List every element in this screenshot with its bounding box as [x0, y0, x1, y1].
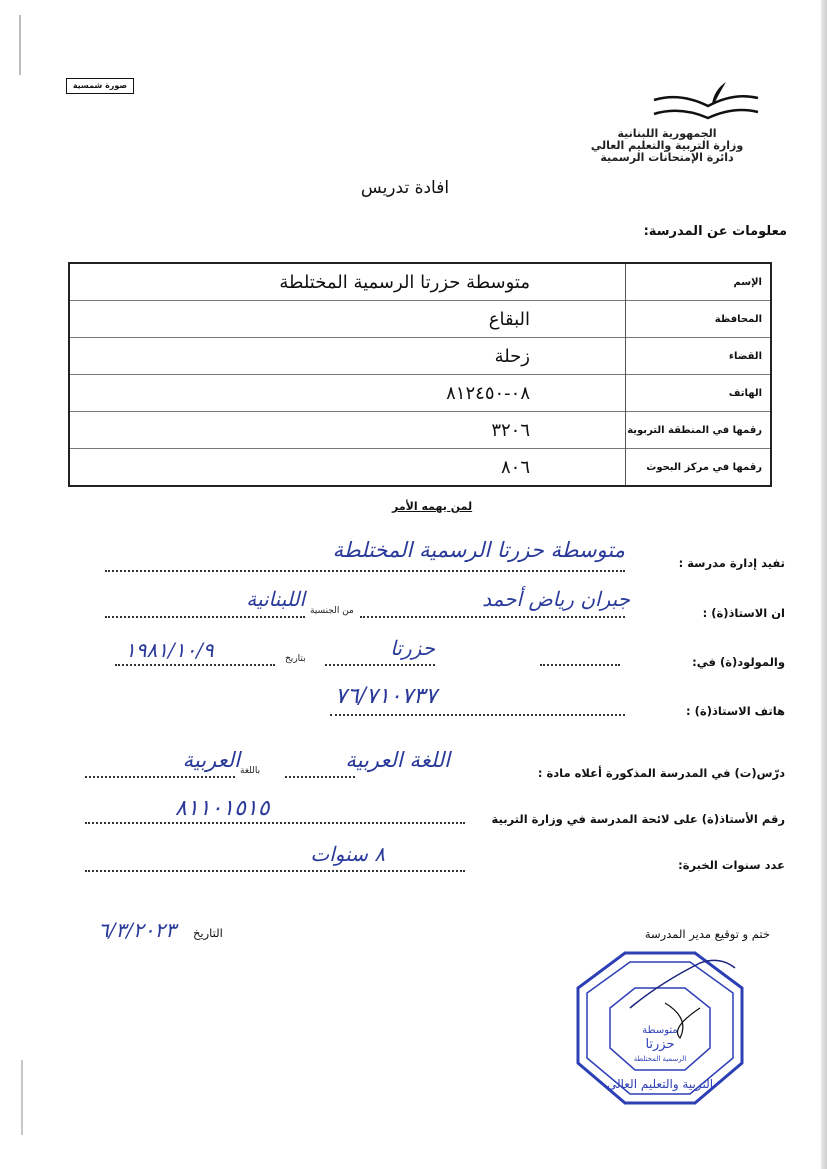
- experience-value: ٨ سنوات: [265, 842, 385, 866]
- table-row: الإسم متوسطة حزرتا الرسمية المختلطة: [69, 263, 771, 301]
- organization-header: الجمهورية اللبنانية وزارة التربية والتعل…: [577, 128, 757, 164]
- document-title: افادة تدريس: [340, 178, 470, 198]
- dotted-line: [540, 664, 620, 666]
- birth-date-label: بتاريخ: [285, 654, 306, 664]
- birth-place-value: حزرتا: [340, 636, 435, 660]
- row-value: زحلة: [69, 338, 626, 375]
- language-value: العربية: [140, 748, 240, 772]
- birth-date-value: ١٩٨١/١٠/٩: [125, 638, 214, 662]
- dotted-line: [85, 776, 235, 778]
- date-label: التاريخ: [193, 926, 223, 940]
- teacher-label: ان الاستاذ(ة) :: [703, 606, 785, 620]
- svg-text:التربية والتعليم العالي: التربية والتعليم العالي: [607, 1077, 713, 1092]
- teacher-name-value: جبران رياض أحمد: [440, 587, 630, 611]
- school-stamp-icon: متوسطة حزرتا الرسمية المختلطة التربية وا…: [570, 948, 750, 1108]
- language-label: باللغة: [240, 766, 260, 776]
- open-book-pen-logo-icon: [650, 78, 760, 126]
- teacher-number-value: ٨١١٠١٥١٥: [175, 796, 270, 821]
- scan-edge: [21, 1060, 23, 1135]
- photo-placeholder: صورة شمسية: [66, 78, 134, 94]
- row-label: المحافظة: [626, 301, 772, 338]
- scan-edge: [821, 0, 827, 1169]
- school-info-table: الإسم متوسطة حزرتا الرسمية المختلطة المح…: [68, 262, 772, 487]
- born-label: والمولود(ة) في:: [692, 655, 785, 669]
- dotted-line: [285, 776, 355, 778]
- school-admin-label: تفيد إدارة مدرسة :: [679, 556, 785, 570]
- svg-text:حزرتا: حزرتا: [645, 1037, 674, 1052]
- row-value: ٨٠٦: [69, 449, 626, 487]
- date-value: ٦/٣/٢٠٢٣: [98, 918, 176, 942]
- table-row: رقمها في المنطقة التربوية ٣٢٠٦: [69, 412, 771, 449]
- dotted-line: [115, 664, 275, 666]
- to-whom-heading: لمن يهمه الأمر: [392, 500, 472, 513]
- dotted-line: [85, 822, 465, 824]
- dotted-line: [325, 664, 435, 666]
- svg-text:متوسطة: متوسطة: [642, 1025, 677, 1036]
- row-label: القضاء: [626, 338, 772, 375]
- dotted-line: [360, 616, 625, 618]
- nationality-value: اللبنانية: [185, 587, 305, 611]
- row-label: رقمها في مركز البحوث: [626, 449, 772, 487]
- dotted-line: [105, 570, 625, 572]
- section-heading: معلومات عن المدرسة:: [644, 224, 787, 239]
- signature-label: ختم و توقيع مدير المدرسة: [645, 927, 770, 941]
- dotted-line: [105, 616, 305, 618]
- nationality-label: من الجنسية: [310, 606, 354, 616]
- experience-label: عدد سنوات الخبرة:: [678, 858, 785, 872]
- school-admin-value: متوسطة حزرتا الرسمية المختلطة: [265, 538, 625, 562]
- table-row: رقمها في مركز البحوث ٨٠٦: [69, 449, 771, 487]
- org-line: دائرة الإمتحانات الرسمية: [577, 152, 757, 164]
- row-value: ٣٢٠٦: [69, 412, 626, 449]
- teacher-number-label: رقم الأستاذ(ة) على لائحة المدرسة في وزار…: [492, 812, 785, 826]
- row-value: ٠٨-٨١٢٤٥٠: [69, 375, 626, 412]
- dotted-line: [85, 870, 465, 872]
- teacher-phone-label: هاتف الاستاذ(ة) :: [686, 704, 785, 718]
- row-value: متوسطة حزرتا الرسمية المختلطة: [69, 263, 626, 301]
- row-label: الإسم: [626, 263, 772, 301]
- dotted-line: [330, 714, 625, 716]
- table-row: القضاء زحلة: [69, 338, 771, 375]
- scan-edge: [19, 15, 21, 75]
- subject-value: اللغة العربية: [300, 748, 450, 772]
- row-label: الهاتف: [626, 375, 772, 412]
- teacher-phone-value: ٧٦/٧١٠٧٣٧: [335, 684, 437, 709]
- table-row: المحافظة البقاع: [69, 301, 771, 338]
- svg-text:الرسمية المختلطة: الرسمية المختلطة: [634, 1055, 687, 1063]
- row-value: البقاع: [69, 301, 626, 338]
- table-row: الهاتف ٠٨-٨١٢٤٥٠: [69, 375, 771, 412]
- taught-subject-label: درّس(ت) في المدرسة المذكورة أعلاه مادة :: [538, 766, 785, 780]
- row-label: رقمها في المنطقة التربوية: [626, 412, 772, 449]
